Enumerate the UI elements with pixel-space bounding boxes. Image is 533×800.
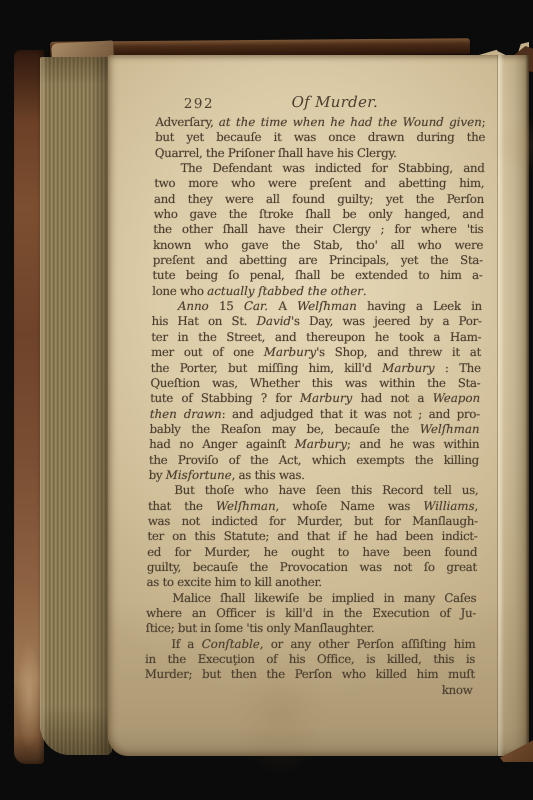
page-line: Murder; but then the Perſon who killed h… <box>145 667 475 682</box>
page-line: where an Officer is kill'd in the Execut… <box>146 606 476 621</box>
page-line: mer out of one Marbury's Shop, and threw… <box>151 345 481 360</box>
page-line: was not indicted for Murder, but for Man… <box>148 514 478 529</box>
page-line: then drawn: and adjudged that it was not… <box>150 407 480 422</box>
page-line: Anno 15 Car. A Welſhman having a Leek in <box>152 299 482 314</box>
page-line: ter on this Statute; and that if he had … <box>147 529 477 544</box>
page-line: Quarrel, the Priſoner ſhall have his Cle… <box>155 146 485 161</box>
catchword: know <box>144 683 474 698</box>
photo-background: 292 Of Murder. Adverſary, at the time wh… <box>0 0 533 800</box>
page-line: as to excite him to kill another. <box>146 575 476 590</box>
page-line: guilty, becauſe the Provocation was not … <box>147 560 477 575</box>
page-line: If a Conſtable, or any other Perſon aſſi… <box>145 637 475 652</box>
page-line: the Proviſo of the Act, which exempts th… <box>149 453 479 468</box>
page-line: in the Execuţion of his Office, is kille… <box>145 652 475 667</box>
page-line: The Defendant was indicted for Stabbing,… <box>154 161 484 176</box>
page-line: his Hat on St. David's Day, was jeered b… <box>151 314 481 329</box>
page-line: Adverſary, at the time when he had the W… <box>155 115 485 130</box>
page-header: 292 Of Murder. <box>156 93 486 114</box>
page-line: ſtice; but in ſome 'tis only Manſlaughte… <box>146 621 476 636</box>
page-line: ter in the Street, and thereupon he took… <box>151 330 481 345</box>
page-line: who gave the ſtroke ſhall be only hanged… <box>154 207 484 222</box>
page-line: preſent and abetting are Principals, yet… <box>153 253 483 268</box>
page-line: tute of Stabbing ? for Marbury had not a… <box>150 391 480 406</box>
page-line: Malice ſhall likewiſe be implied in many… <box>146 591 476 606</box>
page-line: known who gave the Stab, tho' all who we… <box>153 238 483 253</box>
page-line: ed for Murder, he ought to have been fou… <box>147 545 477 560</box>
page-line: bably the Reaſon may be, becauſe the Wel… <box>149 422 479 437</box>
page-line: the other ſhall have their Clergy ; for … <box>153 222 483 237</box>
page-line: tute being ſo penal, ſhall be extended t… <box>152 268 482 283</box>
page-number: 292 <box>184 96 215 112</box>
page-edges-stack <box>40 57 112 755</box>
page-line: that the Welſhman, whoſe Name was Willia… <box>148 499 478 514</box>
spine-worn-patch <box>16 640 42 750</box>
paper-stain <box>488 115 533 175</box>
page-line: But thoſe who have ſeen this Record tell… <box>148 483 478 498</box>
page-line: the Porter, but miſſing him, kill'd Marb… <box>151 361 481 376</box>
running-title: Of Murder. <box>291 93 378 111</box>
page-content: 292 Of Murder. Adverſary, at the time wh… <box>144 93 486 698</box>
page-line: Queſtion was, Whether this was within th… <box>150 376 480 391</box>
text-block: Adverſary, at the time when he had the W… <box>144 115 485 698</box>
page-line: by Misfortune, as this was. <box>149 468 479 483</box>
page-line: two more who were preſent and abetting h… <box>154 176 484 191</box>
page-line: had no Anger againſt Marbury; and he was… <box>149 437 479 452</box>
page-line: lone who actually ſtabbed the other. <box>152 284 482 299</box>
page-line: and they were all found guilty; yet the … <box>154 192 484 207</box>
page-line: but yet becauſe it was once drawn during… <box>155 130 485 145</box>
